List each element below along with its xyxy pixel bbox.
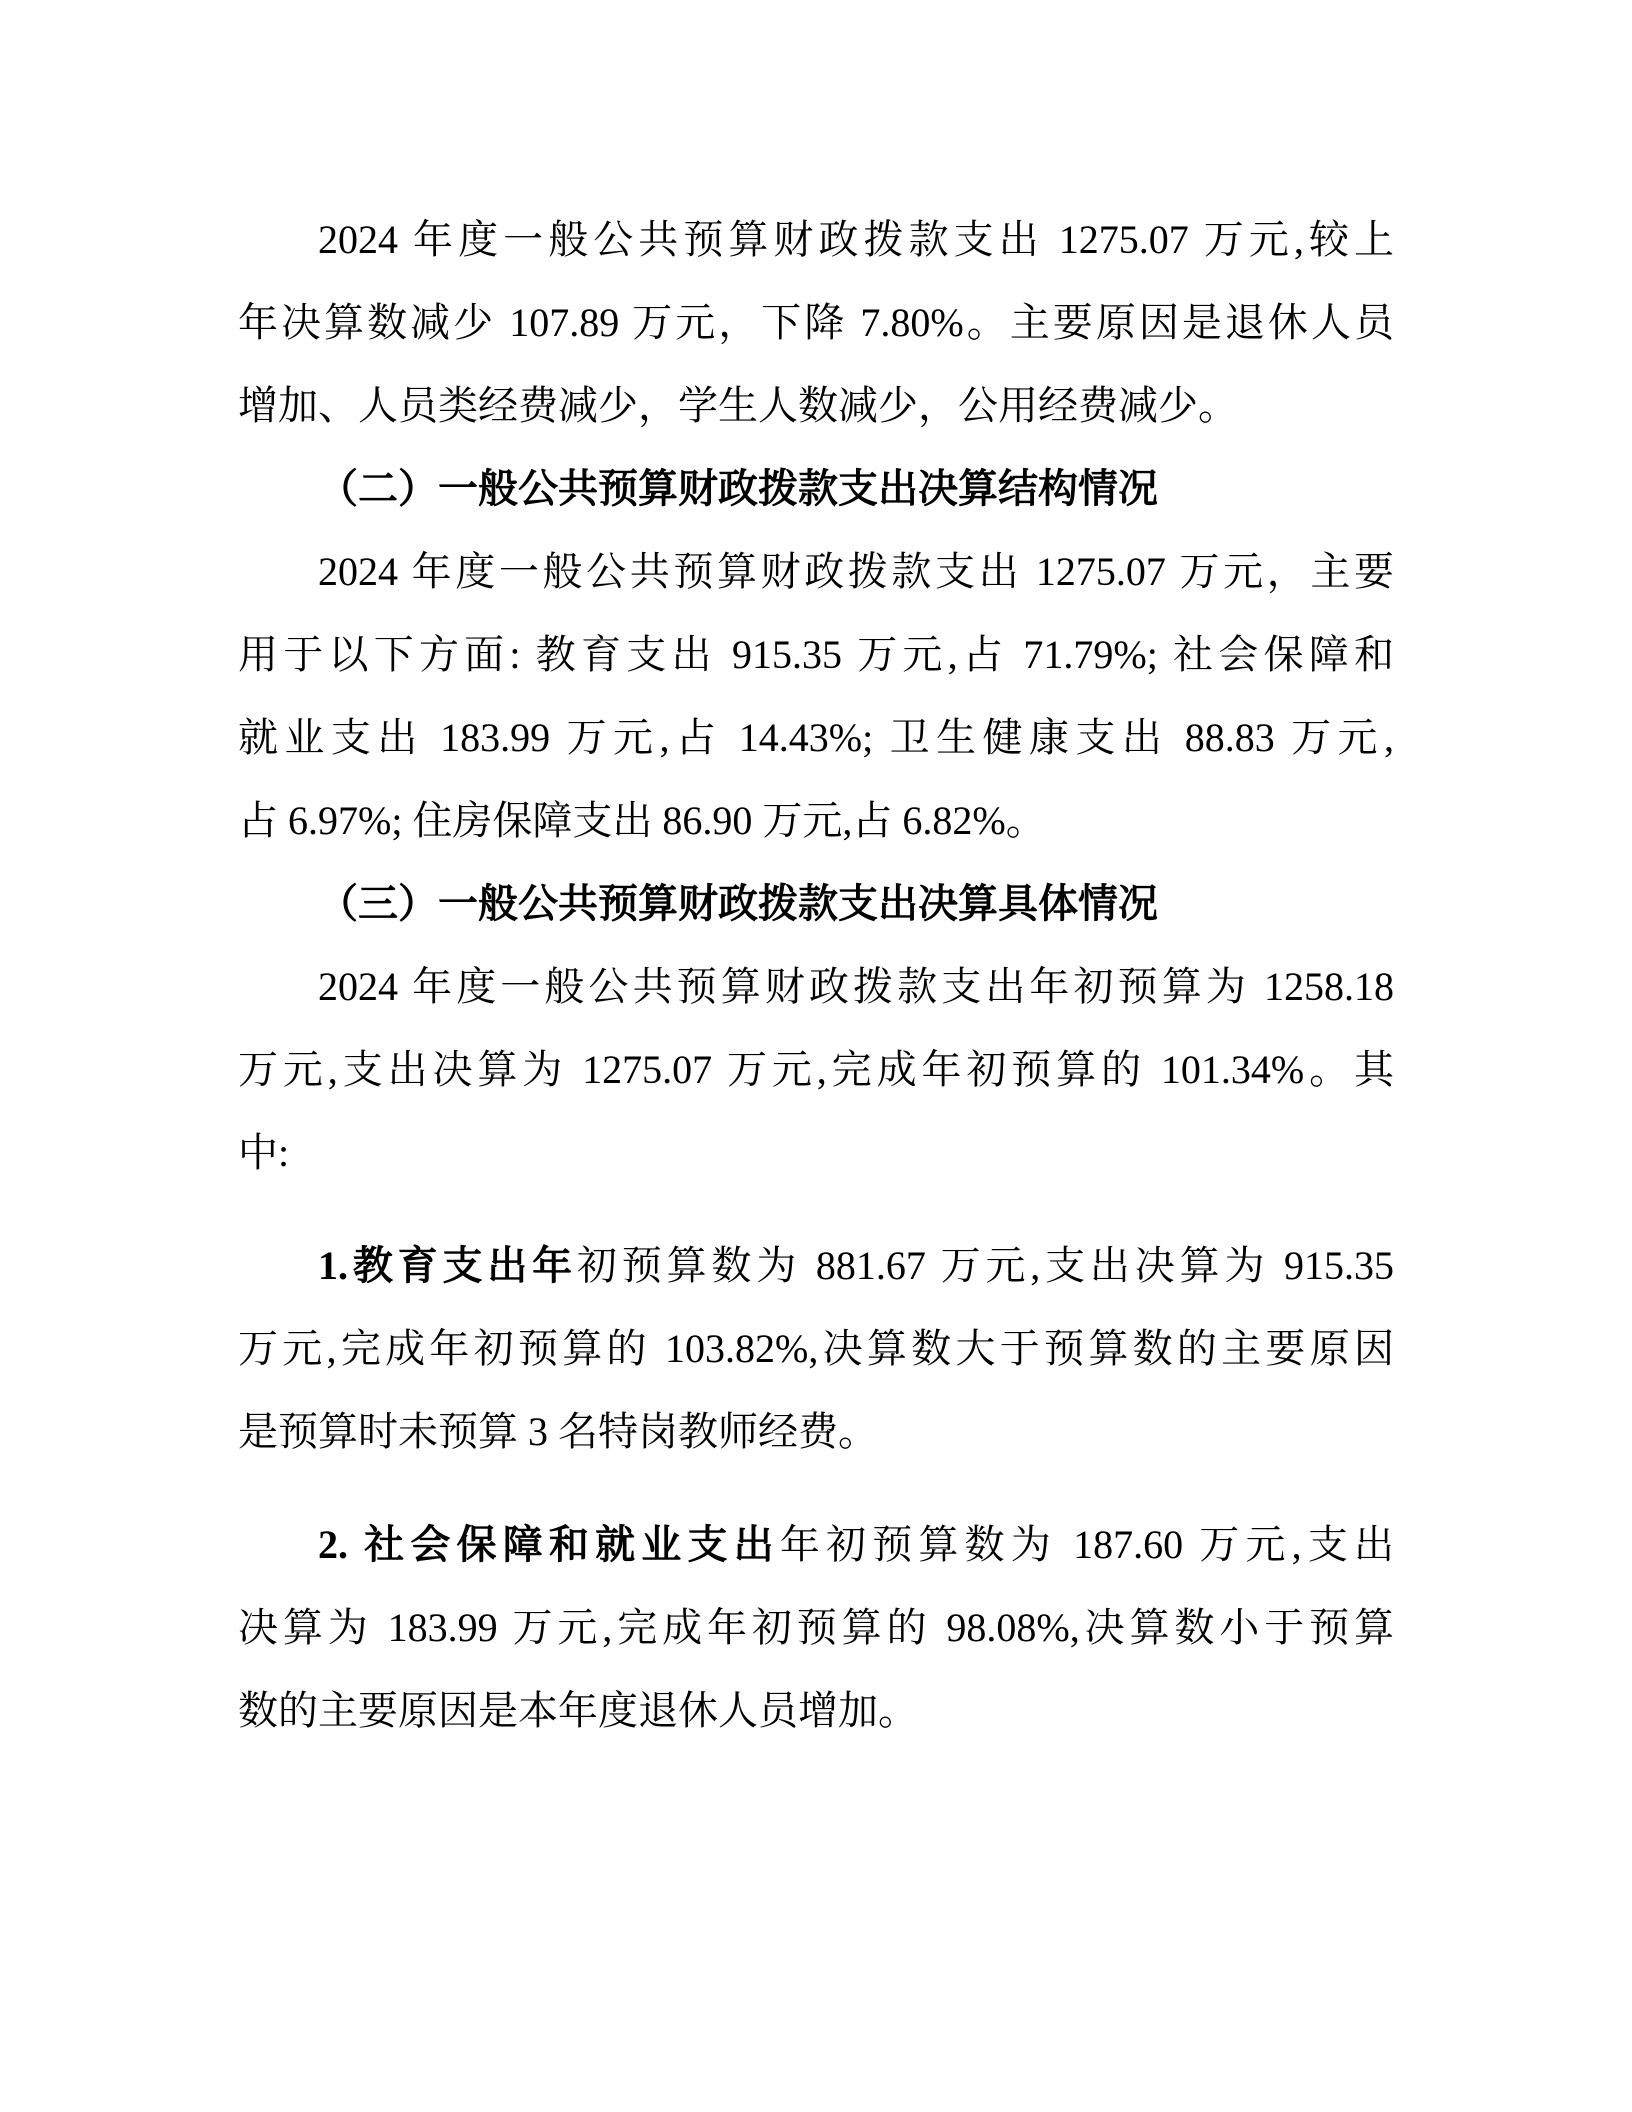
paragraph-item-social-security-expenditure: 2. 社会保障和就业支出年初预算数为 187.60 万元,支出 决算为 183.… [238,1503,1394,1752]
text-line: 中: [238,1111,1394,1194]
item-lead-education: 1.教育支出年 [318,1243,577,1288]
text-line: 万元,完成年初预算的 103.82%,决算数大于预算数的主要原因 [238,1307,1394,1390]
paragraph-expenditure-yearly-change: 2024 年度一般公共预算财政拨款支出 1275.07 万元,较上 年决算数减少… [238,198,1394,447]
item-lead-social-security: 2. 社会保障和就业支出 [318,1522,780,1567]
text-line: 就业支出 183.99 万元,占 14.43%; 卫生健康支出 88.83 万元… [238,696,1394,779]
text-line: 2024 年度一般公共预算财政拨款支出 1275.07 万元,较上 [238,198,1394,281]
paragraph-budget-completion: 2024 年度一般公共预算财政拨款支出年初预算为 1258.18 万元,支出决算… [238,945,1394,1194]
item-text: 初预算数为 881.67 万元,支出决算为 915.35 [577,1243,1394,1288]
text-line: 数的主要原因是本年度退休人员增加。 [238,1669,1394,1752]
text-line: 决算为 183.99 万元,完成年初预算的 98.08%,决算数小于预算 [238,1586,1394,1669]
heading-section-two-expenditure-structure: （二）一般公共预算财政拨款支出决算结构情况 [238,447,1394,530]
document-body: 2024 年度一般公共预算财政拨款支出 1275.07 万元,较上 年决算数减少… [238,198,1394,1752]
text-line: 增加、人员类经费减少，学生人数减少，公用经费减少。 [238,364,1394,447]
paragraph-item-education-expenditure: 1.教育支出年初预算数为 881.67 万元,支出决算为 915.35 万元,完… [238,1224,1394,1473]
text-line: 1.教育支出年初预算数为 881.67 万元,支出决算为 915.35 [238,1224,1394,1307]
text-line: 万元,支出决算为 1275.07 万元,完成年初预算的 101.34%。其 [238,1028,1394,1111]
paragraph-expenditure-structure: 2024 年度一般公共预算财政拨款支出 1275.07 万元，主要 用于以下方面… [238,530,1394,862]
heading-section-three-expenditure-details: （三）一般公共预算财政拨款支出决算具体情况 [238,862,1394,945]
text-line: 2024 年度一般公共预算财政拨款支出年初预算为 1258.18 [238,945,1394,1028]
text-line: 占 6.97%; 住房保障支出 86.90 万元,占 6.82%。 [238,779,1394,862]
text-line: 2024 年度一般公共预算财政拨款支出 1275.07 万元，主要 [238,530,1394,613]
document-page: 2024 年度一般公共预算财政拨款支出 1275.07 万元,较上 年决算数减少… [0,0,1632,2112]
text-line: 2. 社会保障和就业支出年初预算数为 187.60 万元,支出 [238,1503,1394,1586]
text-line: 是预算时未预算 3 名特岗教师经费。 [238,1390,1394,1473]
text-line: 用于以下方面: 教育支出 915.35 万元,占 71.79%; 社会保障和 [238,613,1394,696]
item-text: 年初预算数为 187.60 万元,支出 [780,1522,1394,1567]
text-line: 年决算数减少 107.89 万元，下降 7.80%。主要原因是退休人员 [238,281,1394,364]
